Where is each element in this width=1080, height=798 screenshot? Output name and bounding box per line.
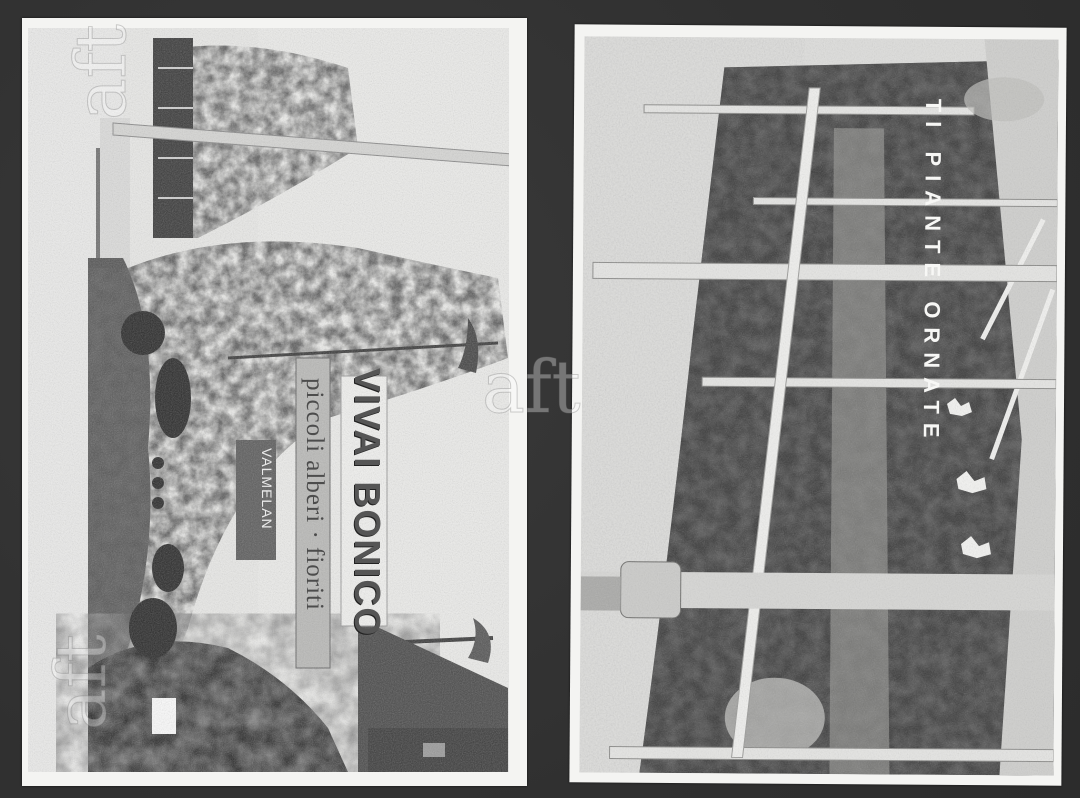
main-sign-text: VIVAI BONICO bbox=[346, 368, 388, 637]
banner-text: piccoli alberi · fioriti bbox=[300, 378, 328, 611]
overhead-sign-text: TI PIANTE ORNATE bbox=[918, 99, 946, 447]
photo-print-left: VIVAI BONICO piccoli alberi · fioriti VA… bbox=[22, 18, 527, 786]
photo-print-right: TI PIANTE ORNATE bbox=[569, 24, 1066, 785]
garden-scene-left bbox=[28, 28, 509, 772]
side-sign-text: VALMELAN bbox=[259, 448, 275, 530]
pergola-scene-right bbox=[579, 36, 1058, 775]
photo-left: VIVAI BONICO piccoli alberi · fioriti VA… bbox=[28, 28, 509, 772]
photo-right: TI PIANTE ORNATE bbox=[579, 36, 1058, 775]
